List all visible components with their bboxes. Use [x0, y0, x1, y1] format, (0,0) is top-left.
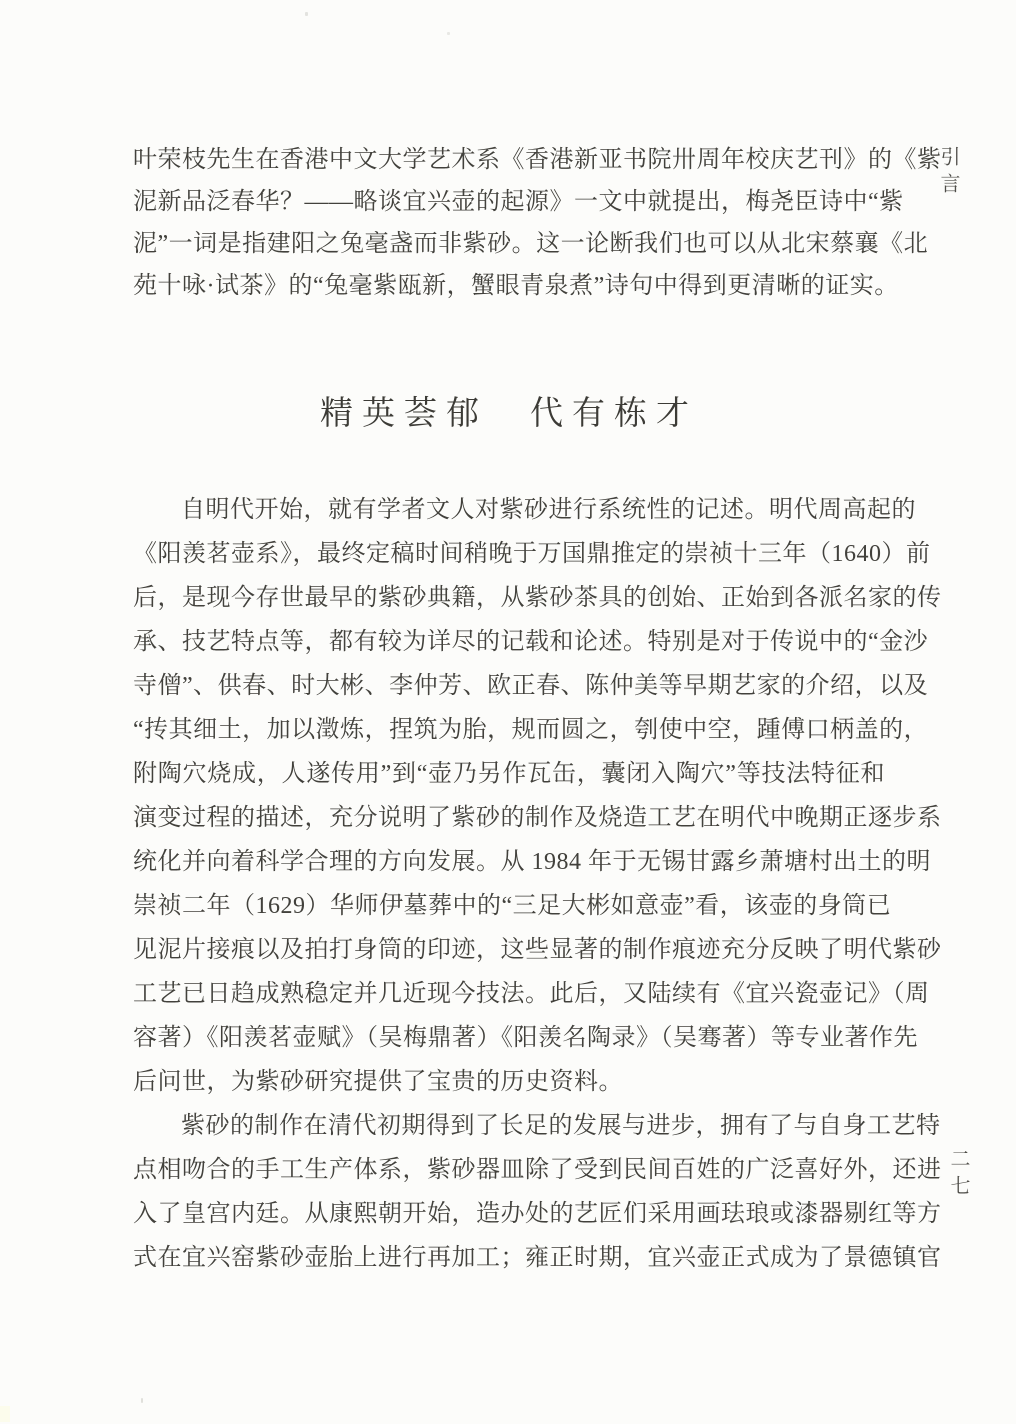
- text-line: 泥新品泛春华？——略谈宜兴壶的起源》一文中就提出，梅尧臣诗中“紫: [133, 181, 885, 223]
- text-line: 泥”一词是指建阳之兔毫盏而非紫砂。这一论断我们也可以从北宋蔡襄《北: [133, 223, 885, 265]
- text-line: 承、技艺特点等，都有较为详尽的记载和论述。特别是对于传说中的“金沙: [133, 620, 885, 664]
- section-body: 自明代开始，就有学者文人对紫砂进行系统性的记述。明代周高起的 《阳羡茗壶系》，最…: [133, 488, 885, 1280]
- text-line: 叶荣枝先生在香港中文大学艺术系《香港新亚书院卅周年校庆艺刊》的《紫: [133, 139, 885, 181]
- scan-speck: [447, 32, 450, 35]
- text-line: 演变过程的描述，充分说明了紫砂的制作及烧造工艺在明代中晚期正逐步系: [133, 796, 885, 840]
- scan-speck: [141, 1398, 143, 1403]
- book-page: 引言 二七 叶荣枝先生在香港中文大学艺术系《香港新亚书院卅周年校庆艺刊》的《紫 …: [0, 0, 1016, 1424]
- scan-speck: [305, 12, 308, 16]
- text-line: 寺僧”、供春、时大彬、李仲芳、欧正春、陈仲美等早期艺家的介绍，以及: [133, 664, 885, 708]
- text-line: 苑十咏·试茶》的“兔毫紫瓯新，蟹眼青泉煮”诗句中得到更清晰的证实。: [133, 265, 885, 307]
- text-line: 容著）《阳羡茗壶赋》（吴梅鼎著）《阳羡名陶录》（吴骞著）等专业著作先: [133, 1016, 885, 1060]
- text-line: 式在宜兴窑紫砂壶胎上进行再加工；雍正时期，宜兴壶正式成为了景德镇官: [133, 1236, 885, 1280]
- text-line: 附陶穴烧成，人遂传用”到“壶乃另作瓦缶，囊闭入陶穴”等技法特征和: [133, 752, 885, 796]
- text-line: 崇祯二年（1629）华师伊墓葬中的“三足大彬如意壶”看，该壶的身筒已: [133, 884, 885, 928]
- text-line: 《阳羡茗壶系》，最终定稿时间稍晚于万国鼎推定的崇祯十三年（1640）前: [133, 532, 885, 576]
- text-line: 点相吻合的手工生产体系，紫砂器皿除了受到民间百姓的广泛喜好外，还进: [133, 1148, 885, 1192]
- text-line: 后问世，为紫砂研究提供了宝贵的历史资料。: [133, 1060, 885, 1104]
- intro-paragraph: 叶荣枝先生在香港中文大学艺术系《香港新亚书院卅周年校庆艺刊》的《紫 泥新品泛春华…: [133, 139, 885, 307]
- page-number: 二七: [944, 1148, 973, 1202]
- section-heading: 精英荟郁 代有栋才: [133, 394, 885, 434]
- text-line: 见泥片接痕以及拍打身筒的印迹，这些显著的制作痕迹充分反映了明代紫砂: [133, 928, 885, 972]
- text-line: 紫砂的制作在清代初期得到了长足的发展与进步，拥有了与自身工艺特: [133, 1104, 885, 1148]
- text-line: 统化并向着科学合理的方向发展。从 1984 年于无锡甘露乡萧塘村出土的明: [133, 840, 885, 884]
- text-line: 入了皇宫内廷。从康熙朝开始，造办处的艺匠们采用画珐琅或漆器剔红等方: [133, 1192, 885, 1236]
- text-line: 自明代开始，就有学者文人对紫砂进行系统性的记述。明代周高起的: [133, 488, 885, 532]
- text-line: 后，是现今存世最早的紫砂典籍，从紫砂茶具的创始、正始到各派名家的传: [133, 576, 885, 620]
- text-line: 工艺已日趋成熟稳定并几近现今技法。此后，又陆续有《宜兴瓷壶记》（周: [133, 972, 885, 1016]
- scan-edge-artifact: [0, 1406, 10, 1422]
- text-line: “抟其细土，加以澂炼，捏筑为胎，规而圆之，刳使中空，踵傅口柄盖的，: [133, 708, 885, 752]
